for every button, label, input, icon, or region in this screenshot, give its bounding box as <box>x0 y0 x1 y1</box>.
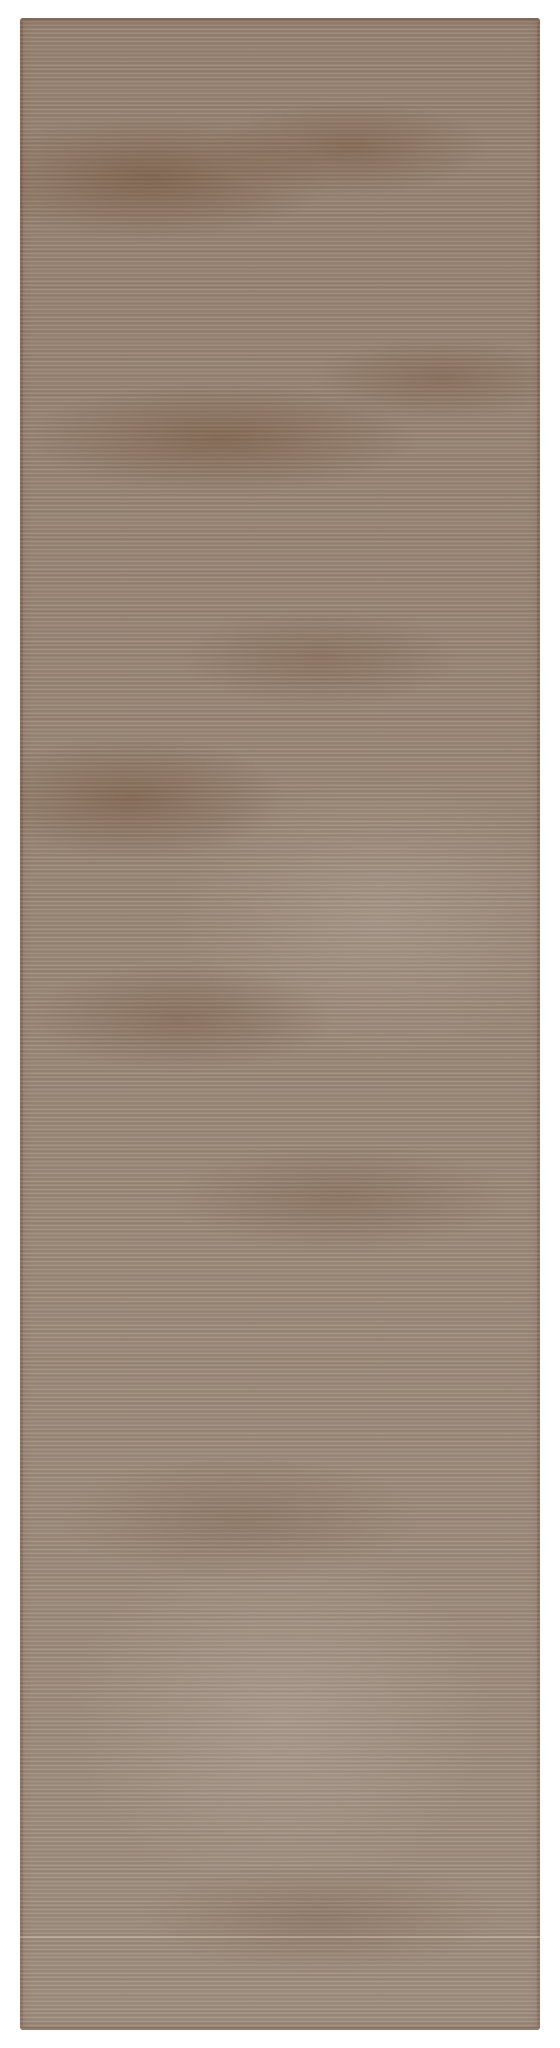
rug-abrash-shading <box>20 18 540 2030</box>
rug-bottom-band-line <box>20 1936 540 1938</box>
rug-runner <box>20 18 540 2030</box>
